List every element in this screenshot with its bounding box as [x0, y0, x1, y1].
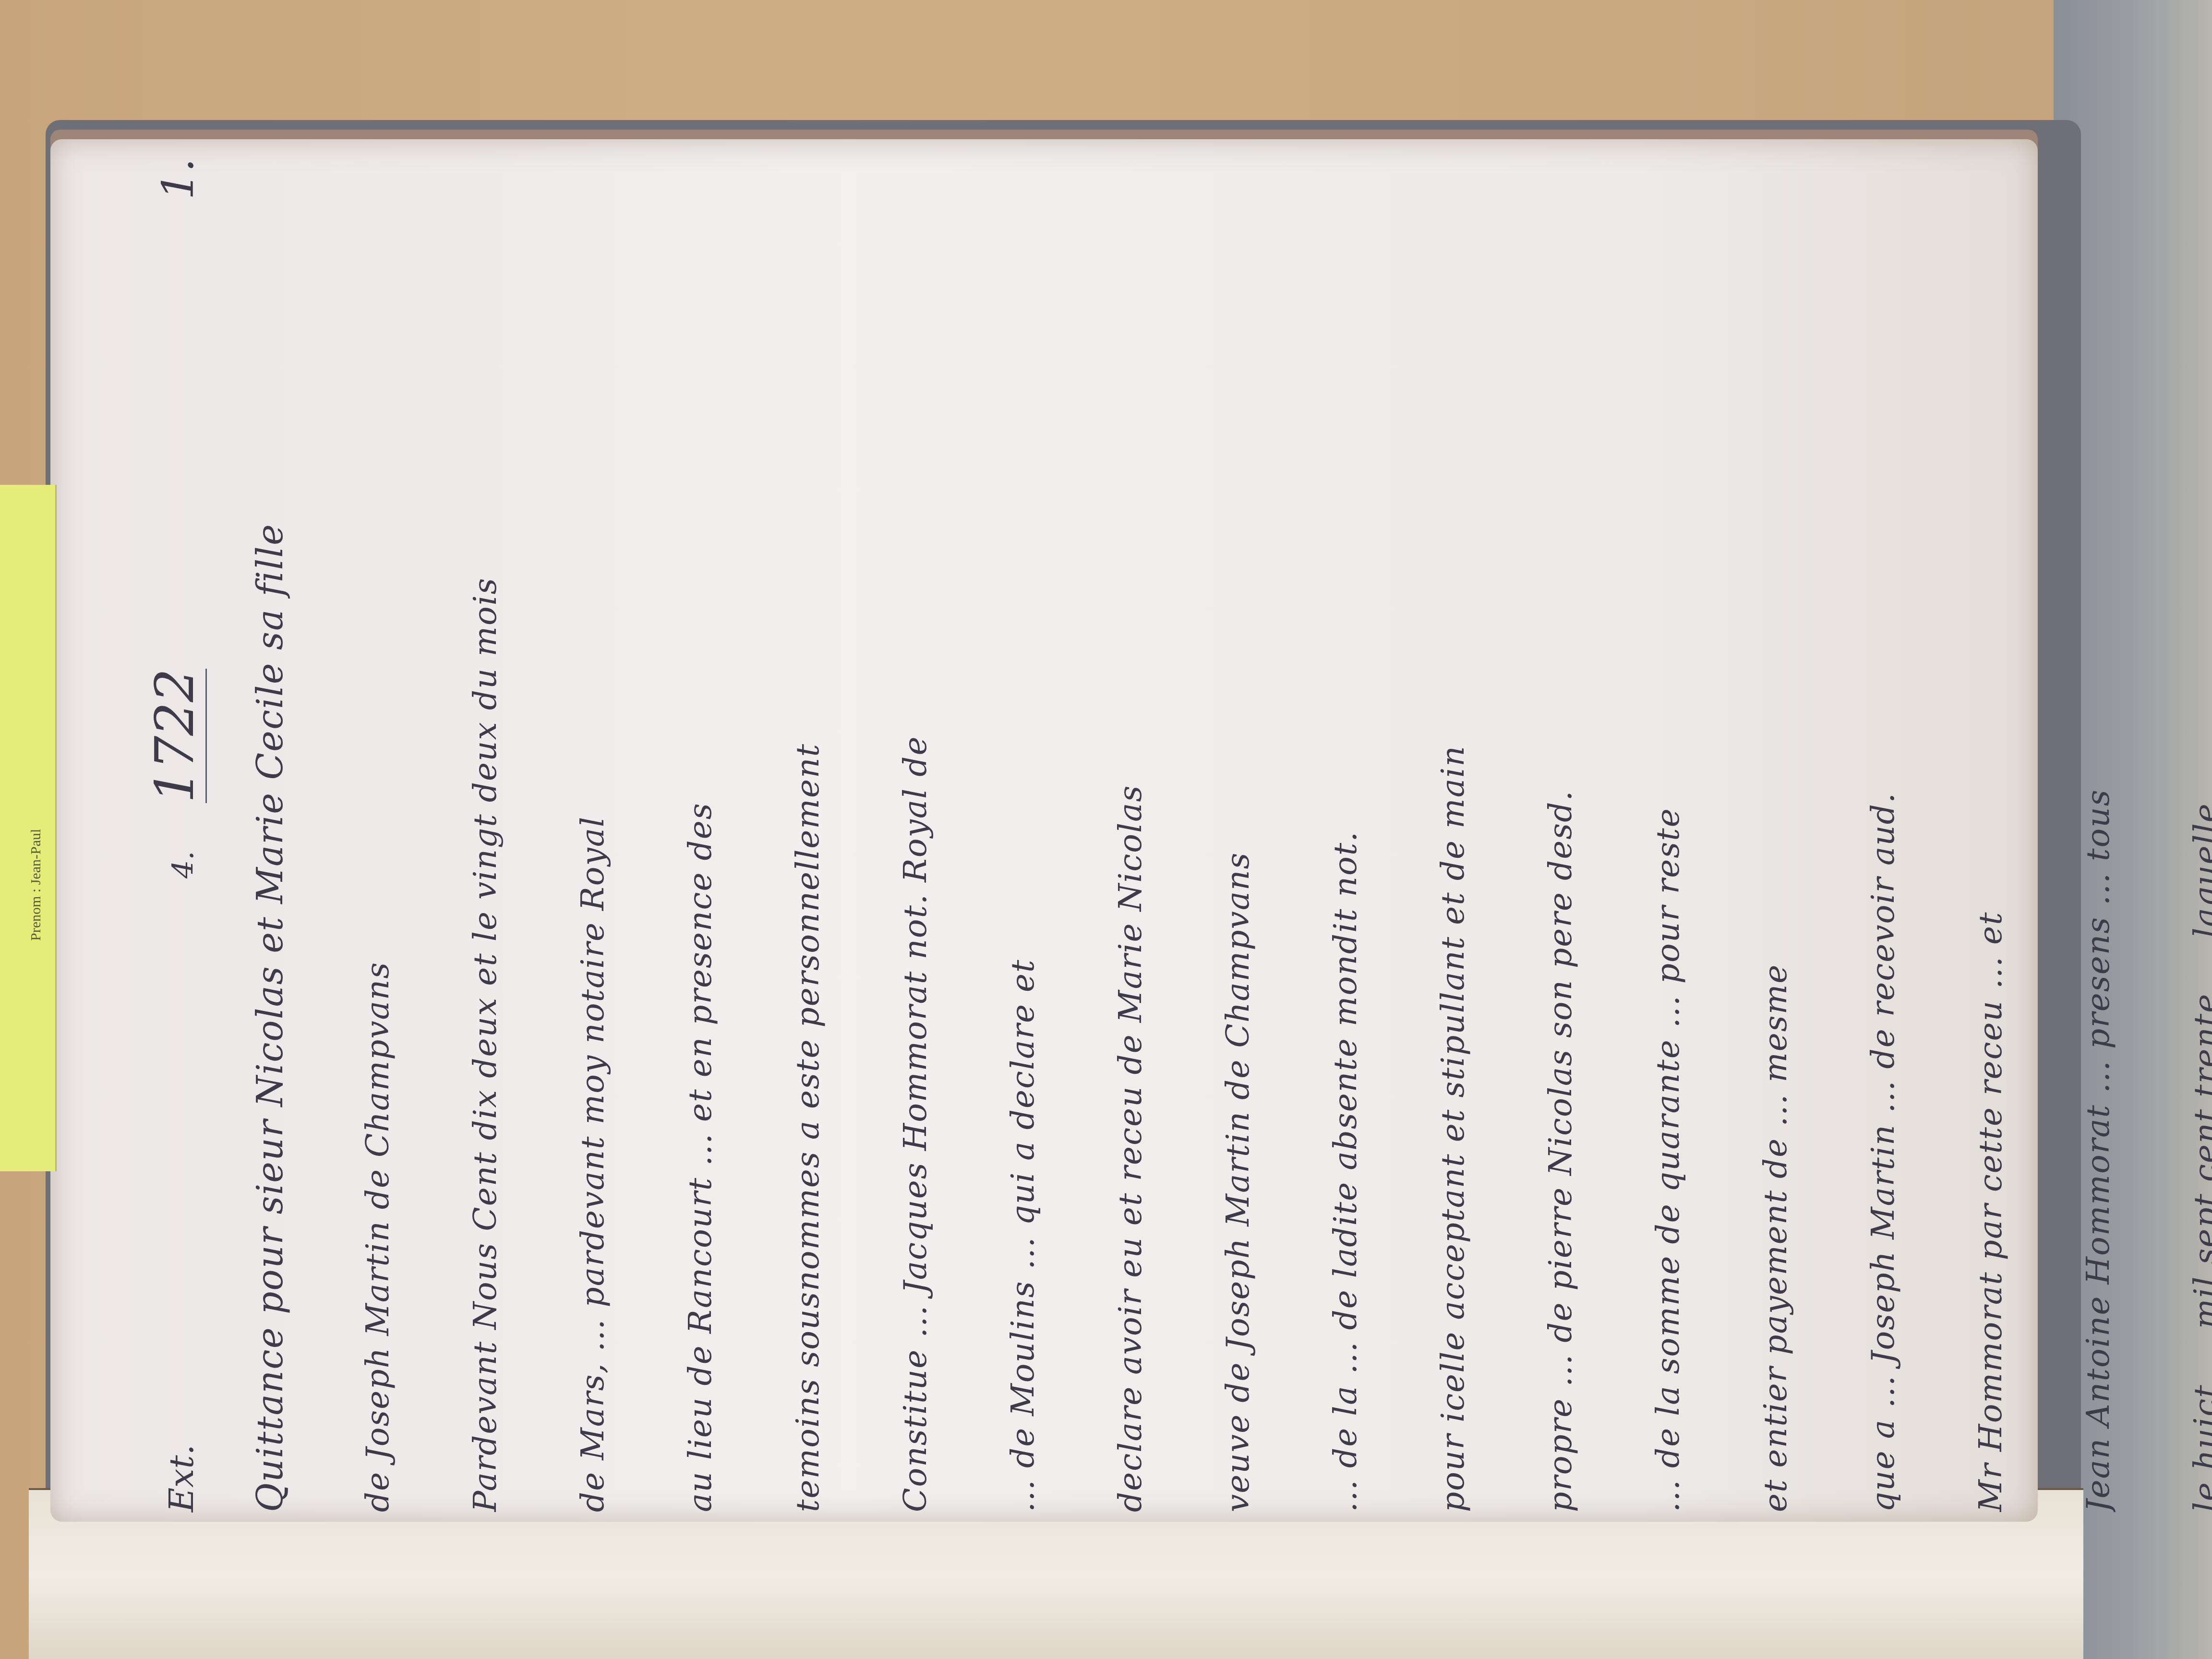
manuscript-line: ... de la ... de ladite absente mondit n…	[1292, 120, 1399, 1512]
manuscript-line: declare avoir eu et receu de Marie Nicol…	[1077, 120, 1184, 1512]
manuscript-line: et entier payement de ... mesme	[1722, 120, 1829, 1512]
manuscript-line: Constitue ... Jacques Hommorat not. Roya…	[862, 120, 969, 1512]
manuscript-line: de Joseph Martin de Champvans	[324, 120, 432, 1512]
manuscript-line: pour icelle acceptant et stipullant et d…	[1399, 120, 1507, 1512]
manuscript-text-block: Ext. 4. 1722 1. Quittance pour sieur Nic…	[144, 120, 1968, 1512]
manuscript-header: Ext. 4. 1722 1.	[144, 120, 207, 1512]
manuscript-line: ... de la somme de quarante ... pour res…	[1614, 120, 1722, 1512]
year-heading: 1722	[144, 669, 207, 803]
manuscript-line: Quittance pour sieur Nicolas et Marie Ce…	[216, 120, 324, 1512]
manuscript-line: le huict ... mil sept cent trente ... la…	[2152, 120, 2212, 1512]
manuscript-line: Pardevant Nous Cent dix deux et le vingt…	[432, 120, 539, 1512]
folio-number: 1.	[153, 158, 204, 200]
manuscript-line: ... de Moulins ... qui a declare et	[969, 120, 1077, 1512]
manuscript-line: Jean Antoine Hommorat ... presens ... to…	[2044, 120, 2152, 1512]
manuscript-line: au lieu de Rancourt ... et en presence d…	[647, 120, 754, 1512]
name-tag-text: Prenom : Jean-Paul	[28, 829, 44, 941]
manuscript-line: que a ... Joseph Martin ... de recevoir …	[1829, 120, 1937, 1512]
manuscript-line: Mr Hommorat par cette receu ... et	[1937, 120, 2044, 1512]
manuscript-line: temoins sousnommes a este personnellemen…	[754, 120, 862, 1512]
page-marker: 4.	[167, 851, 200, 878]
manuscript-line: veuve de Joseph Martin de Champvans	[1184, 120, 1292, 1512]
name-tag	[0, 485, 57, 1171]
manuscript-line: de Mars, ... pardevant moy notaire Royal	[539, 120, 647, 1512]
manuscript-line: propre ... de pierre Nicolas son pere de…	[1507, 120, 1614, 1512]
margin-note: Ext.	[162, 1435, 201, 1512]
